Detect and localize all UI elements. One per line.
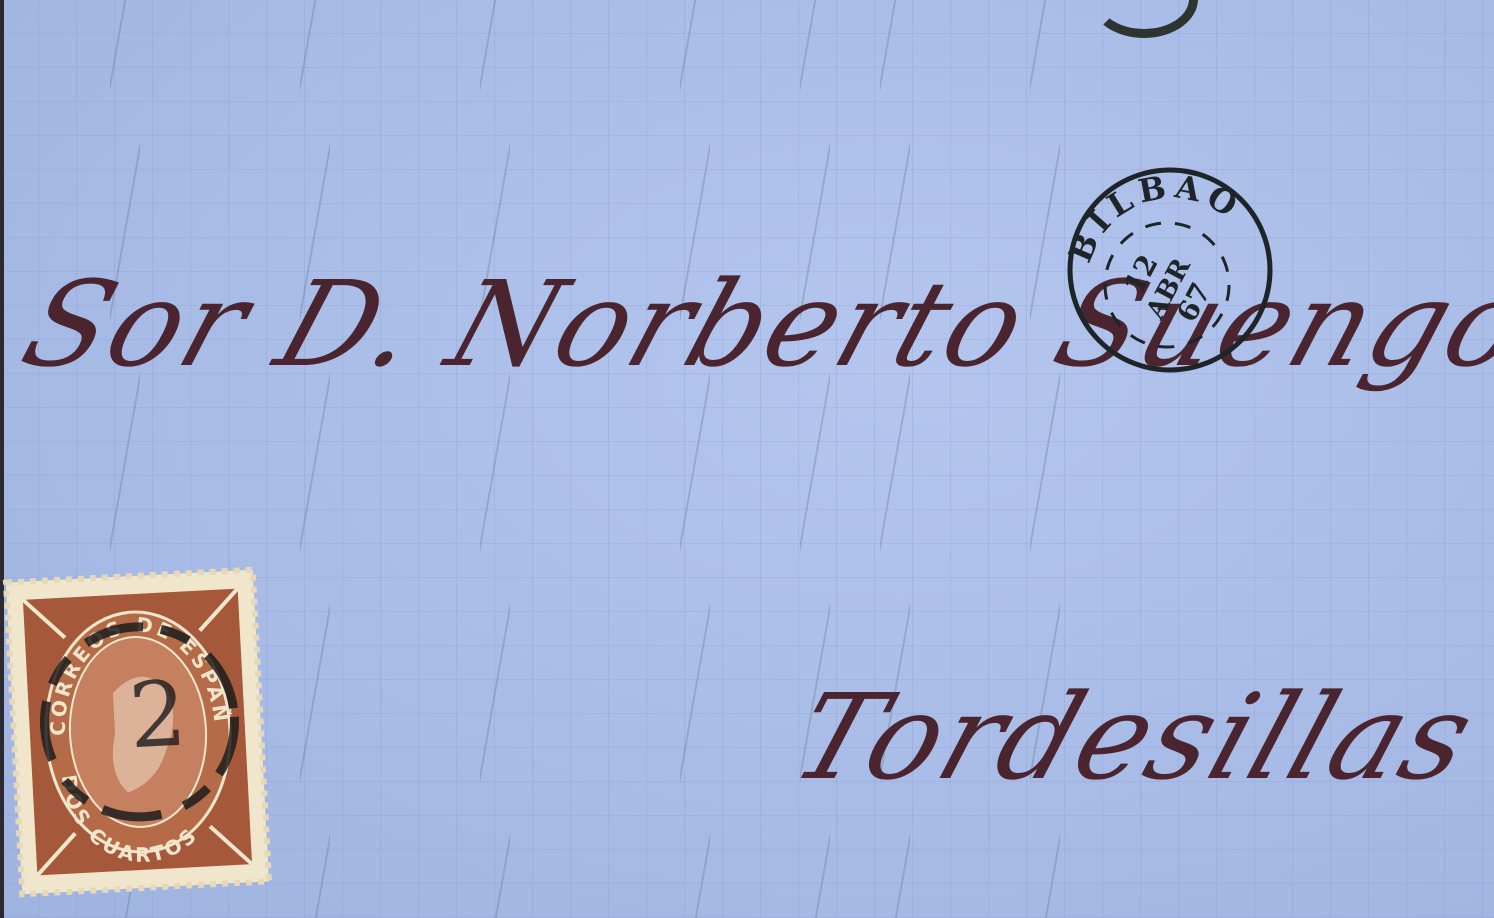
postmark-town: BILBAO [1061,167,1249,268]
partial-postmark [1090,0,1198,38]
show-through-writing [300,0,330,918]
postal-cover: Sor D. Norberto Suengo Tordesillas BILBA… [0,0,1494,918]
show-through-writing [680,0,710,918]
addressee-town: Tordesillas [778,668,1492,806]
show-through-writing [480,0,510,918]
cancellation-numeral: 2 [126,661,189,769]
svg-text:BILBAO: BILBAO [1061,167,1249,268]
bilbao-datestamp: BILBAO 12 ABR 67 [1055,160,1285,375]
postage-stamp: CORREOS DE ESPAÑA DOS CUARTOS 2 [2,566,273,899]
scan-edge [0,0,4,918]
